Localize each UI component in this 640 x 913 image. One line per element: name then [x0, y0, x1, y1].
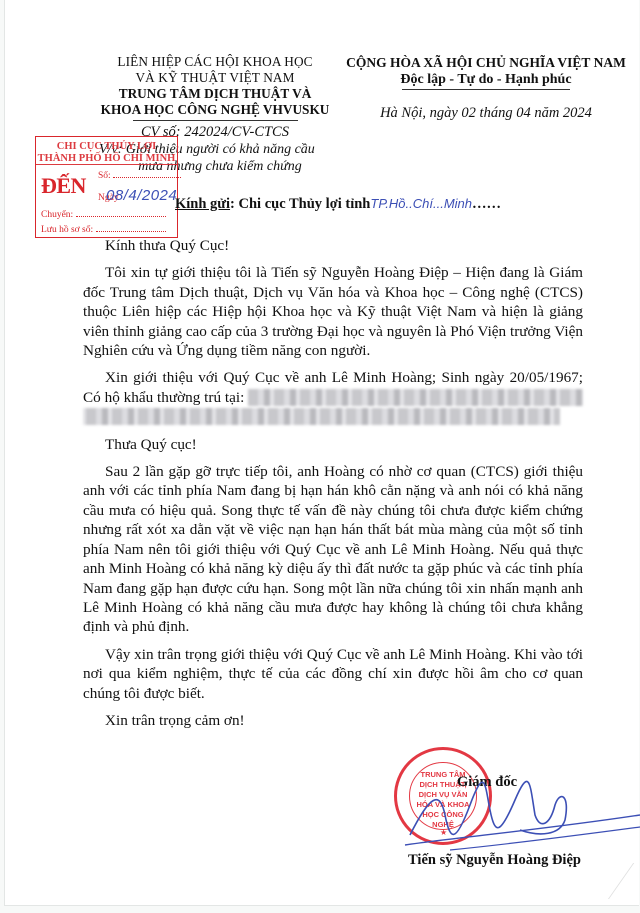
stamp-received-label: ĐẾN [41, 173, 86, 199]
paragraph-intro: Tôi xin tự giới thiệu tôi là Tiến sỹ Ngu… [83, 263, 583, 360]
signer-name: Tiến sỹ Nguyễn Hoàng Điệp [408, 852, 581, 869]
nation-title: CỘNG HÒA XÃ HỘI CHỦ NGHĨA VIỆT NAM [341, 54, 631, 71]
parent-org-line1: LIÊN HIỆP CÁC HỘI KHOA HỌC [85, 54, 345, 70]
stamp-file-row: Lưu hồ sơ số: [41, 225, 166, 235]
stamp-agency-line2: THÀNH PHỐ HỒ CHÍ MINH [36, 153, 177, 165]
stamp-number-blank [113, 177, 181, 178]
stamp-agency-line1: CHI CỤC THỦY LỢI [36, 141, 177, 153]
stamp-number-row: Số: [98, 171, 181, 181]
issuer-line1: TRUNG TÂM DỊCH THUẬT VÀ [85, 86, 345, 102]
salutation: Kính thưa Quý Cục! [83, 236, 583, 255]
stamp-file-blank [96, 231, 166, 232]
national-header: CỘNG HÒA XÃ HỘI CHỦ NGHĨA VIỆT NAM Độc l… [341, 54, 631, 122]
stamp-forward-label: Chuyển: [41, 210, 73, 220]
header-divider [133, 120, 298, 121]
issuer-line2: KHOA HỌC CÔNG NGHỆ VHVUSKU [85, 102, 345, 118]
addressee-handwritten: TP.Hồ..Chí...Minh [370, 196, 472, 211]
parent-org-line2: VÀ KỸ THUẬT VIỆT NAM [85, 70, 345, 86]
addressee-text: : Chi cục Thủy lợi tỉnh [230, 196, 370, 212]
addressee-line: Kính gửi: Chi cục Thủy lợi tỉnhTP.Hồ..Ch… [175, 196, 501, 213]
letter-body: Kính thưa Quý Cục! Tôi xin tự giới thiệu… [83, 236, 583, 738]
addressee-dots: …… [472, 196, 501, 212]
signature-scribble [400, 775, 640, 855]
paragraph-request: Vậy xin trân trọng giới thiệu với Quý Cụ… [83, 645, 583, 703]
document-page: LIÊN HIỆP CÁC HỘI KHOA HỌC VÀ KỸ THUẬT V… [4, 0, 639, 906]
stamp-agency: CHI CỤC THỦY LỢI THÀNH PHỐ HỒ CHÍ MINH [36, 137, 177, 165]
paragraph-main: Sau 2 lần gặp gỡ trực tiếp tôi, anh Hoàn… [83, 462, 583, 637]
stamp-forward-blank [76, 216, 166, 217]
closing: Xin trân trọng cảm ơn! [83, 711, 583, 730]
national-motto: Độc lập - Tự do - Hạnh phúc [341, 71, 631, 88]
stamp-number-label: Số: [98, 171, 111, 181]
addressee-label: Kính gửi [175, 196, 230, 212]
salutation-2: Thưa Quý cục! [83, 435, 583, 454]
motto-underline [402, 89, 570, 90]
place-and-date: Hà Nội, ngày 02 tháng 04 năm 2024 [341, 105, 631, 122]
paragraph-person: Xin giới thiệu với Quý Cục về anh Lê Min… [83, 368, 583, 426]
received-stamp: CHI CỤC THỦY LỢI THÀNH PHỐ HỒ CHÍ MINH Đ… [35, 136, 178, 238]
stamp-date-handwritten: 08/4/2024 [106, 187, 177, 204]
stamp-file-label: Lưu hồ sơ số: [41, 225, 93, 235]
stamp-forward-row: Chuyển: [41, 210, 166, 220]
page-fold-edge [608, 863, 640, 899]
